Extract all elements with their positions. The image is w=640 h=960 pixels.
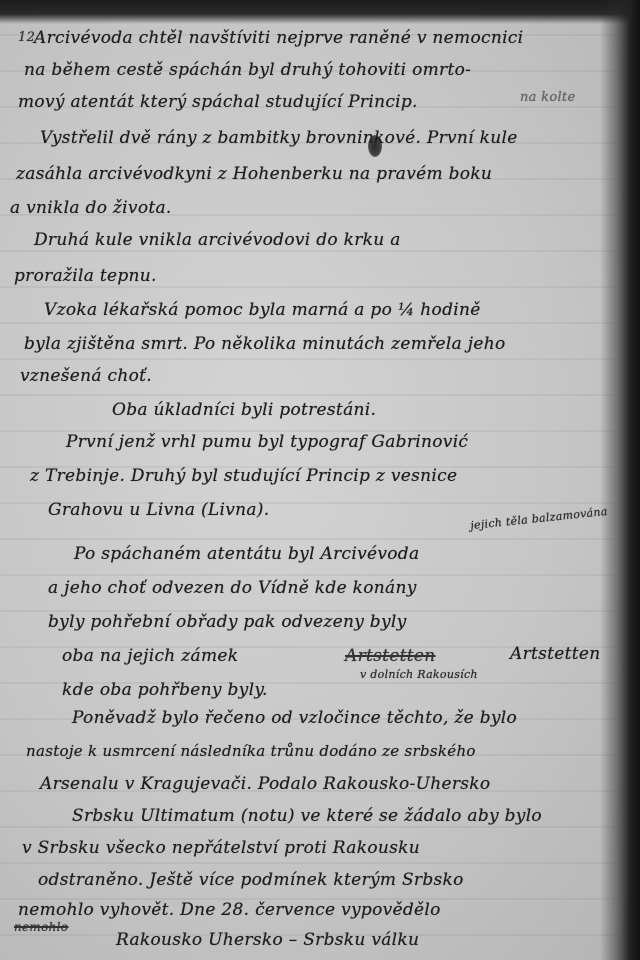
text-line-27: nemohlo vyhovět. Dne 28. července vypově… xyxy=(18,900,441,920)
text-line-15: Grahovu u Livna (Livna). xyxy=(48,500,269,520)
text-line-10: byla zjištěna smrt. Po několika minutách… xyxy=(24,334,506,354)
struck-through-text: Artstetten xyxy=(345,646,436,666)
text-line-26: odstraněno. Ještě více podmínek kterým S… xyxy=(38,870,464,890)
text-line-14: z Trebinje. Druhý byl studující Princip … xyxy=(30,466,457,486)
text-line-18: byly pohřební obřady pak odvezeny byly xyxy=(48,612,407,632)
text-line-5: zasáhla arcivévodkyni z Hohenberku na pr… xyxy=(16,164,492,184)
text-line-17: a jeho choť odvezen do Vídně kde konány xyxy=(48,578,417,598)
text-line-23: Arsenalu v Kragujevači. Podalo Rakousko-… xyxy=(40,774,490,794)
text-line-3: mový atentát který spáchal studující Pri… xyxy=(18,92,418,112)
text-line-13: První jenž vrhl pumu byl typograf Gabrin… xyxy=(66,432,468,452)
page-number: 12 xyxy=(18,30,35,45)
text-line-25: v Srbsku všecko nepřátelství proti Rakou… xyxy=(22,838,420,858)
text-line-24: Srbsku Ultimatum (notu) ve které se žáda… xyxy=(72,806,542,826)
text-line-21: Poněvadž bylo řečeno od vzločince těchto… xyxy=(72,708,517,728)
text-line-9: Vzoka lékařská pomoc byla marná a po ¼ h… xyxy=(44,300,481,320)
margin-scribble: nemohlo xyxy=(14,920,68,934)
text-line-19-tail: Artstetten xyxy=(510,644,601,664)
text-line-19: oba na jejich zámek xyxy=(62,646,238,666)
text-line-28: Rakousko Uhersko – Srbsku válku xyxy=(116,930,419,950)
text-line-6: a vnikla do života. xyxy=(10,198,172,218)
annotation-inserted: v dolních Rakousích xyxy=(360,668,478,681)
text-line-16: Po spáchaném atentátu byl Arcivévoda xyxy=(74,544,419,564)
text-line-8: proražila tepnu. xyxy=(14,266,157,286)
text-line-4: Vystřelil dvě rány z bambitky brovninkov… xyxy=(40,128,518,148)
text-line-20: kde oba pohřbeny byly. xyxy=(62,680,268,700)
faint-margin-text: na kolte xyxy=(520,90,575,105)
text-line-7: Druhá kule vnikla arcivévodovi do krku a xyxy=(34,230,401,250)
notebook-page: 12 Arcivévoda chtěl navštíviti nejprve r… xyxy=(0,0,640,960)
text-line-1: Arcivévoda chtěl navštíviti nejprve raně… xyxy=(34,28,523,48)
text-line-22: nastoje k usmrcení následníka trůnu dodá… xyxy=(26,742,476,760)
text-line-11: vznešená choť. xyxy=(20,366,152,386)
text-line-12: Oba úkladníci byli potrestáni. xyxy=(112,400,376,420)
text-line-2: na během cestě spáchán byl druhý tohovit… xyxy=(24,60,471,80)
